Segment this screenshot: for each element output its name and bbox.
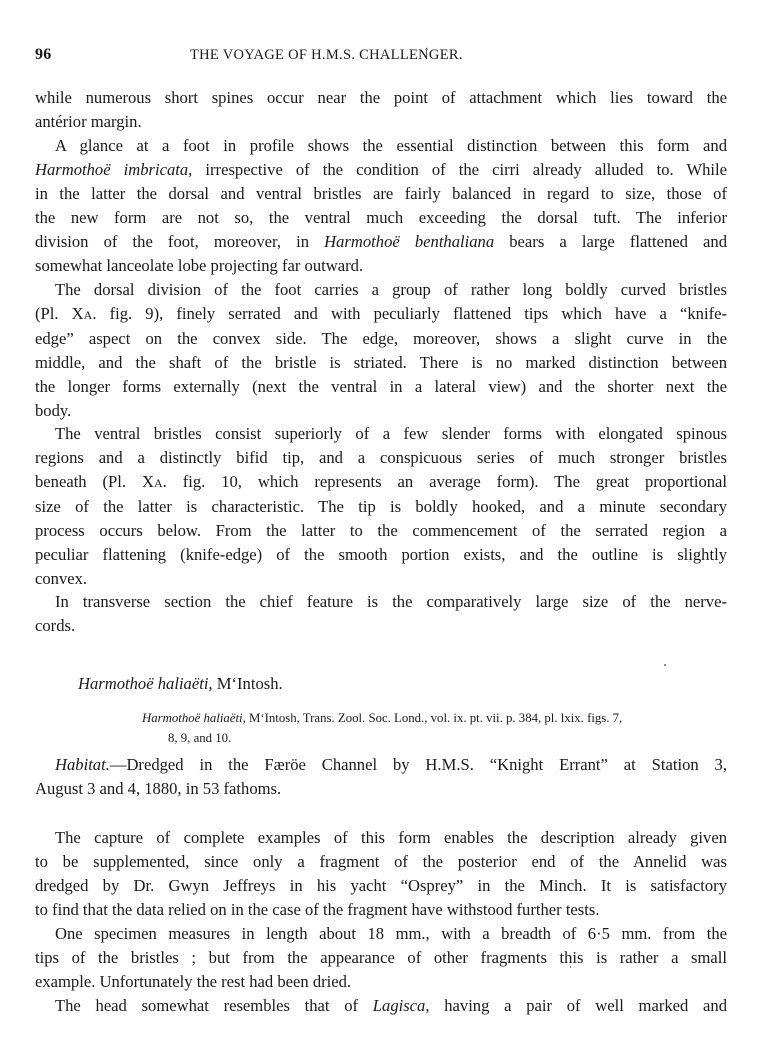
document-page: 96 THE VOYAGE OF H.M.S. CHALLENGER. · wh… (0, 0, 776, 1050)
text-line: example. Unfortunately the rest had been… (35, 970, 727, 994)
text-line: Habitat.—Dredged in the Færöe Channel by… (35, 753, 727, 777)
text-line: tips of the bristles ; but from the appe… (35, 946, 727, 970)
text-line: August 3 and 4, 1880, in 53 fathoms. (35, 777, 727, 801)
reference-line: Harmothoë haliaëti, M‘Intosh, Trans. Zoo… (142, 708, 730, 728)
text-line: A glance at a foot in profile shows the … (35, 134, 727, 158)
text-line: body. (35, 399, 727, 423)
paragraph-continuation: while numerous short spines occur near t… (35, 86, 727, 134)
species-heading: Harmothoë haliaëti, M‘Intosh. (78, 674, 283, 694)
speck-mark: · (425, 44, 429, 55)
text-line: (Pl. XA. fig. 9), finely serrated and wi… (35, 302, 727, 327)
paragraph-foot-profile: A glance at a foot in profile shows the … (35, 134, 727, 278)
text-line: process occurs below. From the latter to… (35, 519, 727, 543)
text-line: convex. (35, 567, 727, 591)
text-line: Harmothoë imbricata, irrespective of the… (35, 158, 727, 182)
text-line: One specimen measures in length about 18… (35, 922, 727, 946)
text-line: size of the latter is characteristic. Th… (35, 495, 727, 519)
text-line: antérior margin. (35, 110, 727, 134)
text-span: , having a pair of well marked and (425, 996, 727, 1015)
text-span: . fig. 9), finely serrated and with pecu… (92, 304, 727, 323)
synonymy-reference: Harmothoë haliaëti, M‘Intosh, Trans. Zoo… (142, 708, 730, 748)
text-span: bears a large flattened and (494, 232, 727, 251)
text-span: (Pl. X (35, 304, 84, 323)
speck-mark (664, 664, 666, 666)
species-name: Harmothoë benthaliana (324, 232, 494, 251)
paragraph-ventral-bristles: The ventral bristles consist superiorly … (35, 422, 727, 591)
species-name: Harmothoë haliaëti, (142, 711, 246, 725)
text-line: edge” aspect on the convex side. The edg… (35, 327, 727, 351)
text-line: The capture of complete examples of this… (35, 826, 727, 850)
text-line: peculiar flattening (knife-edge) of the … (35, 543, 727, 567)
text-span: M‘Intosh, Trans. Zool. Soc. Lond., vol. … (246, 711, 622, 725)
paragraph-dorsal-division: The dorsal division of the foot carries … (35, 278, 727, 423)
text-line: the new form are not so, the ventral muc… (35, 206, 727, 230)
text-line: to be supplemented, since only a fragmen… (35, 850, 727, 874)
running-title: THE VOYAGE OF H.M.S. CHALLENGER. (190, 47, 463, 64)
paragraph-transverse-section: In transverse section the chief feature … (35, 590, 727, 638)
genus-name: Lagisca (373, 996, 426, 1015)
reference-line: 8, 9, and 10. (142, 728, 730, 748)
text-line: the longer forms externally (next the ve… (35, 375, 727, 399)
text-line: cords. (35, 614, 727, 638)
text-line: somewhat lanceolate lobe projecting far … (35, 254, 727, 278)
text-line: The head somewhat resembles that of Lagi… (35, 994, 727, 1018)
text-line: middle, and the shaft of the bristle is … (35, 351, 727, 375)
text-line: beneath (Pl. XA. fig. 10, which represen… (35, 470, 727, 495)
paragraph-head: The head somewhat resembles that of Lagi… (35, 994, 727, 1018)
species-name: Harmothoë haliaëti, (78, 674, 213, 693)
habitat-label: Habitat. (55, 755, 110, 774)
text-span: division of the foot, moreover, in (35, 232, 324, 251)
text-span: irrespective of the condition of the cir… (192, 160, 727, 179)
text-line: to find that the data relied on in the c… (35, 898, 727, 922)
habitat-statement: Habitat.—Dredged in the Færöe Channel by… (35, 753, 727, 801)
paragraph-capture: The capture of complete examples of this… (35, 826, 727, 922)
small-caps: A (84, 308, 93, 322)
text-line: In transverse section the chief feature … (35, 590, 727, 614)
small-caps: A (154, 476, 163, 490)
text-line: regions and a distinctly bifid tip, and … (35, 446, 727, 470)
page-header: 96 THE VOYAGE OF H.M.S. CHALLENGER. · (35, 46, 735, 70)
text-line: division of the foot, moreover, in Harmo… (35, 230, 727, 254)
text-span: The head somewhat resembles that of (55, 996, 373, 1015)
species-author: M‘Intosh. (213, 674, 283, 693)
speck-mark (570, 966, 571, 968)
text-span: beneath (Pl. X (35, 472, 154, 491)
paragraph-specimen-measure: One specimen measures in length about 18… (35, 922, 727, 994)
species-name: Harmothoë imbricata, (35, 160, 192, 179)
page-number: 96 (35, 46, 52, 64)
text-line: in the latter the dorsal and ventral bri… (35, 182, 727, 206)
text-line: The ventral bristles consist superiorly … (35, 422, 727, 446)
text-line: The dorsal division of the foot carries … (35, 278, 727, 302)
text-span: —Dredged in the Færöe Channel by H.M.S. … (110, 755, 727, 774)
text-line: while numerous short spines occur near t… (35, 86, 727, 110)
text-span: . fig. 10, which represents an average f… (163, 472, 727, 491)
text-line: dredged by Dr. Gwyn Jeffreys in his yach… (35, 874, 727, 898)
